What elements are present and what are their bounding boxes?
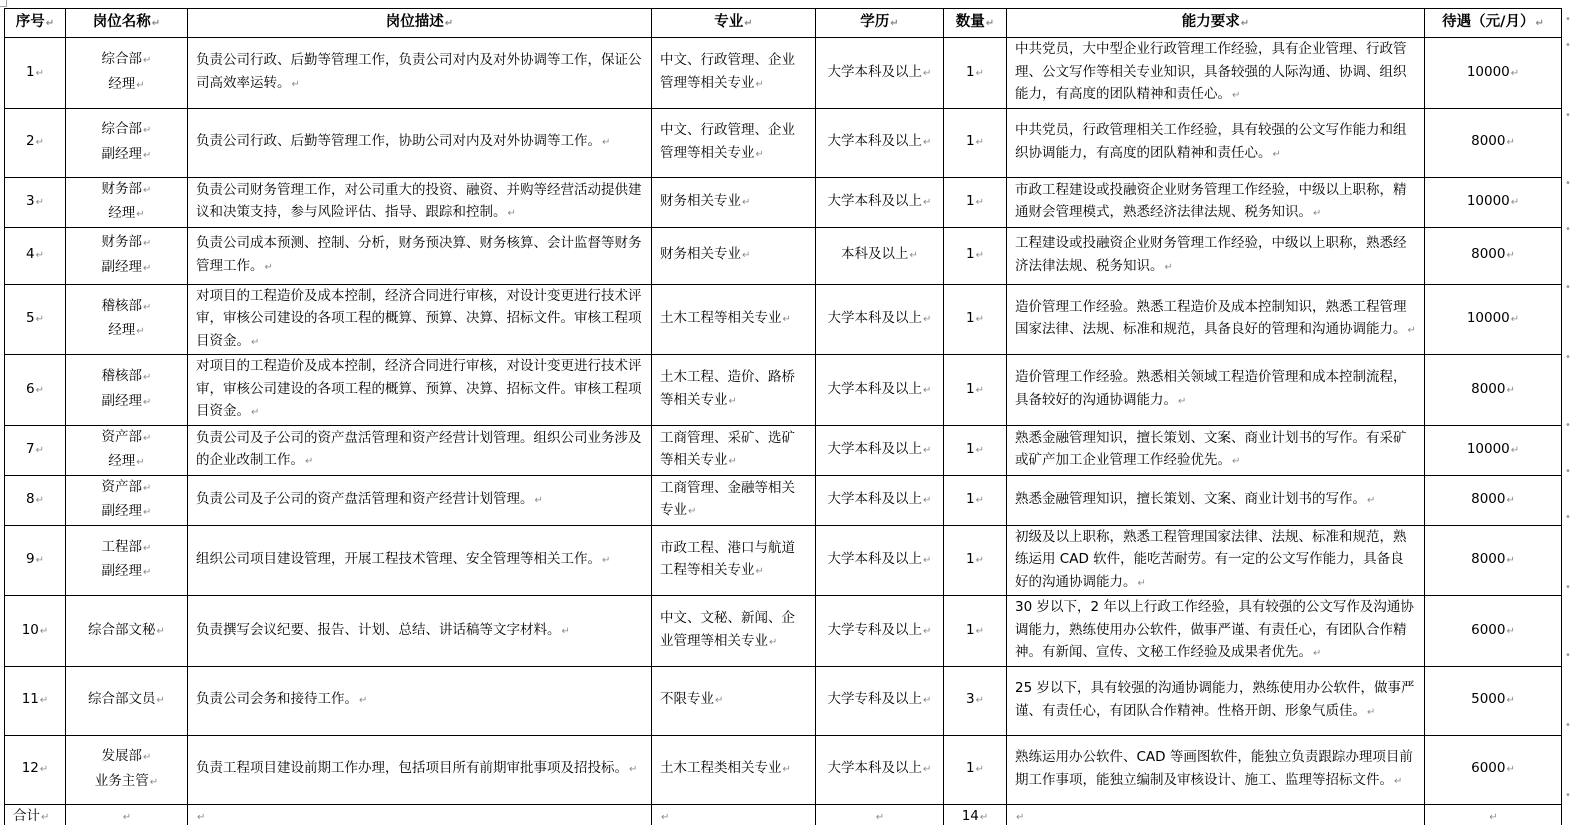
cell-title: 综合部↵经理↵ xyxy=(66,38,188,109)
cell-title: 发展部↵业务主管↵ xyxy=(66,735,188,804)
cell-education: 大学专科及以上↵ xyxy=(816,666,944,735)
cell-no: 10↵ xyxy=(5,596,66,667)
table-row: 12↵ 发展部↵业务主管↵ 负责工程项目建设前期工作办理，包括项目所有前期审批事… xyxy=(5,735,1562,804)
cell-no: 3↵ xyxy=(5,177,66,227)
cell-major: 中文、文秘、新闻、企业管理等相关专业↵ xyxy=(652,596,816,667)
row-end-mark: • xyxy=(1565,466,1571,477)
cell-education: 大学专科及以上↵ xyxy=(816,596,944,667)
cell-major: 工商管理、采矿、选矿等相关专业↵ xyxy=(652,425,816,475)
header-title: 岗位名称↵ xyxy=(66,9,188,38)
cell-no: 11↵ xyxy=(5,666,66,735)
cell-education: 大学本科及以上↵ xyxy=(816,108,944,177)
cell-description: 负责公司行政、后勤等管理工作，协助公司对内及对外协调等工作。↵ xyxy=(188,108,652,177)
row-end-mark: • xyxy=(1565,110,1571,121)
cell-education: 大学本科及以上↵ xyxy=(816,735,944,804)
cell-count: 1↵ xyxy=(944,425,1007,475)
cell-no: 1↵ xyxy=(5,38,66,109)
cell-salary: 8000↵ xyxy=(1425,108,1562,177)
cell-requirements: 熟练运用办公软件、CAD 等画图软件，能独立负责跟踪办理项目前期工作事项，能独立… xyxy=(1007,735,1425,804)
cell-salary: 10000↵ xyxy=(1425,425,1562,475)
cell-title: 稽核部↵经理↵ xyxy=(66,284,188,355)
cell-count: 3↵ xyxy=(944,666,1007,735)
cell-salary: 8000↵ xyxy=(1425,227,1562,284)
row-end-mark: • xyxy=(1565,178,1571,189)
cell-requirements: 中共党员，大中型企业行政管理工作经验，具有企业管理、行政管理、公文写作等相关专业… xyxy=(1007,38,1425,109)
row-end-mark: • xyxy=(1565,352,1571,363)
cell-count: 1↵ xyxy=(944,227,1007,284)
cell-count: 1↵ xyxy=(944,177,1007,227)
cell-title: 综合部文秘↵ xyxy=(66,596,188,667)
cell-title: 财务部↵经理↵ xyxy=(66,177,188,227)
cell-description: 对项目的工程造价及成本控制，经济合同进行审核，对设计变更进行技术评审，审核公司建… xyxy=(188,284,652,355)
table-row: 3↵ 财务部↵经理↵ 负责公司财务管理工作，对公司重大的投资、融资、并购等经营活… xyxy=(5,177,1562,227)
cell-education: 本科及以上↵ xyxy=(816,227,944,284)
total-requirements: ↵ xyxy=(1007,804,1425,825)
cell-no: 12↵ xyxy=(5,735,66,804)
table-row: 6↵ 稽核部↵副经理↵ 对项目的工程造价及成本控制，经济合同进行审核，对设计变更… xyxy=(5,355,1562,426)
page-corner-mark xyxy=(0,0,7,7)
row-end-mark: • xyxy=(1565,282,1571,293)
cell-major: 市政工程、港口与航道工程等相关专业↵ xyxy=(652,525,816,596)
cell-count: 1↵ xyxy=(944,355,1007,426)
header-description: 岗位描述↵ xyxy=(188,9,652,38)
cell-major: 财务相关专业↵ xyxy=(652,177,816,227)
cell-major: 土木工程类相关专业↵ xyxy=(652,735,816,804)
cell-requirements: 中共党员，行政管理相关工作经验，具有较强的公文写作能力和组织协调能力，有高度的团… xyxy=(1007,108,1425,177)
cell-salary: 10000↵ xyxy=(1425,38,1562,109)
header-no: 序号↵ xyxy=(5,9,66,38)
row-end-mark: • xyxy=(1565,14,1571,25)
total-title: ↵ xyxy=(66,804,188,825)
cell-title: 资产部↵副经理↵ xyxy=(66,475,188,525)
table-row: 9↵ 工程部↵副经理↵ 组织公司项目建设管理，开展工程技术管理、安全管理等相关工… xyxy=(5,525,1562,596)
total-count: 14↵ xyxy=(944,804,1007,825)
row-end-mark: • xyxy=(1565,224,1571,235)
cell-no: 5↵ xyxy=(5,284,66,355)
total-description: ↵ xyxy=(188,804,652,825)
row-end-mark: • xyxy=(1565,582,1571,593)
cell-salary: 10000↵ xyxy=(1425,284,1562,355)
cell-salary: 8000↵ xyxy=(1425,355,1562,426)
header-education: 学历↵ xyxy=(816,9,944,38)
cell-no: 6↵ xyxy=(5,355,66,426)
cell-requirements: 30 岁以下，2 年以上行政工作经验，具有较强的公文写作及沟通协调能力，熟练使用… xyxy=(1007,596,1425,667)
cell-major: 中文、行政管理、企业管理等相关专业↵ xyxy=(652,108,816,177)
cell-count: 1↵ xyxy=(944,284,1007,355)
cell-description: 负责公司行政、后勤等管理工作，负责公司对内及对外协调等工作，保证公司高效率运转。… xyxy=(188,38,652,109)
cell-requirements: 熟悉金融管理知识，擅长策划、文案、商业计划书的写作。有采矿或矿产加工企业管理工作… xyxy=(1007,425,1425,475)
cell-title: 资产部↵经理↵ xyxy=(66,425,188,475)
row-end-mark: • xyxy=(1565,512,1571,523)
total-salary: ↵ xyxy=(1425,804,1562,825)
header-requirements: 能力要求↵ xyxy=(1007,9,1425,38)
cell-salary: 8000↵ xyxy=(1425,475,1562,525)
cell-description: 负责撰写会议纪要、报告、计划、总结、讲话稿等文字材料。↵ xyxy=(188,596,652,667)
cell-description: 负责公司财务管理工作，对公司重大的投资、融资、并购等经营活动提供建议和决策支持，… xyxy=(188,177,652,227)
cell-education: 大学本科及以上↵ xyxy=(816,177,944,227)
cell-requirements: 25 岁以下，具有较强的沟通协调能力，熟练使用办公软件，做事严谨、有责任心，有团… xyxy=(1007,666,1425,735)
cell-requirements: 造价管理工作经验。熟悉相关领域工程造价管理和成本控制流程，具备较好的沟通协调能力… xyxy=(1007,355,1425,426)
header-major: 专业↵ xyxy=(652,9,816,38)
cell-count: 1↵ xyxy=(944,525,1007,596)
cell-title: 工程部↵副经理↵ xyxy=(66,525,188,596)
cell-major: 中文、行政管理、企业管理等相关专业↵ xyxy=(652,38,816,109)
cell-no: 8↵ xyxy=(5,475,66,525)
cell-requirements: 初级及以上职称，熟悉工程管理国家法律、法规、标准和规范，熟练运用 CAD 软件，… xyxy=(1007,525,1425,596)
header-count: 数量↵ xyxy=(944,9,1007,38)
cell-no: 4↵ xyxy=(5,227,66,284)
cell-description: 负责公司及子公司的资产盘活管理和资产经营计划管理。↵ xyxy=(188,475,652,525)
cell-count: 1↵ xyxy=(944,475,1007,525)
cell-major: 财务相关专业↵ xyxy=(652,227,816,284)
cell-title: 财务部↵副经理↵ xyxy=(66,227,188,284)
total-label: 合计↵ xyxy=(5,804,66,825)
cell-count: 1↵ xyxy=(944,735,1007,804)
table-row: 8↵ 资产部↵副经理↵ 负责公司及子公司的资产盘活管理和资产经营计划管理。↵ 工… xyxy=(5,475,1562,525)
total-major: ↵ xyxy=(652,804,816,825)
cell-major: 土木工程、造价、路桥等相关专业↵ xyxy=(652,355,816,426)
header-row: 序号↵ 岗位名称↵ 岗位描述↵ 专业↵ 学历↵ 数量↵ 能力要求↵ 待遇（元/月… xyxy=(5,9,1562,38)
total-row: 合计↵↵↵↵↵14↵↵↵ xyxy=(5,804,1562,825)
job-positions-table: 序号↵ 岗位名称↵ 岗位描述↵ 专业↵ 学历↵ 数量↵ 能力要求↵ 待遇（元/月… xyxy=(4,8,1562,825)
table-row: 1↵ 综合部↵经理↵ 负责公司行政、后勤等管理工作，负责公司对内及对外协调等工作… xyxy=(5,38,1562,109)
cell-description: 负责工程项目建设前期工作办理，包括项目所有前期审批事项及招投标。↵ xyxy=(188,735,652,804)
row-end-mark: • xyxy=(1565,40,1571,51)
cell-no: 9↵ xyxy=(5,525,66,596)
cell-education: 大学本科及以上↵ xyxy=(816,525,944,596)
cell-education: 大学本科及以上↵ xyxy=(816,425,944,475)
row-end-mark: • xyxy=(1565,650,1571,661)
table-row: 2↵ 综合部↵副经理↵ 负责公司行政、后勤等管理工作，协助公司对内及对外协调等工… xyxy=(5,108,1562,177)
cell-title: 综合部文员↵ xyxy=(66,666,188,735)
cell-salary: 8000↵ xyxy=(1425,525,1562,596)
cell-count: 1↵ xyxy=(944,596,1007,667)
cell-no: 2↵ xyxy=(5,108,66,177)
row-end-mark: • xyxy=(1565,420,1571,431)
cell-salary: 10000↵ xyxy=(1425,177,1562,227)
cell-major: 土木工程等相关专业↵ xyxy=(652,284,816,355)
cell-count: 1↵ xyxy=(944,38,1007,109)
cell-education: 大学本科及以上↵ xyxy=(816,38,944,109)
table-row: 4↵ 财务部↵副经理↵ 负责公司成本预测、控制、分析，财务预决算、财务核算、会计… xyxy=(5,227,1562,284)
table-row: 10↵ 综合部文秘↵ 负责撰写会议纪要、报告、计划、总结、讲话稿等文字材料。↵ … xyxy=(5,596,1562,667)
cell-requirements: 熟悉金融管理知识，擅长策划、文案、商业计划书的写作。↵ xyxy=(1007,475,1425,525)
total-education: ↵ xyxy=(816,804,944,825)
table-row: 7↵ 资产部↵经理↵ 负责公司及子公司的资产盘活管理和资产经营计划管理。组织公司… xyxy=(5,425,1562,475)
cell-description: 负责公司及子公司的资产盘活管理和资产经营计划管理。组织公司业务涉及的企业改制工作… xyxy=(188,425,652,475)
cell-major: 不限专业↵ xyxy=(652,666,816,735)
cell-salary: 6000↵ xyxy=(1425,735,1562,804)
cell-education: 大学本科及以上↵ xyxy=(816,284,944,355)
cell-title: 综合部↵副经理↵ xyxy=(66,108,188,177)
cell-major: 工商管理、金融等相关专业↵ xyxy=(652,475,816,525)
row-end-mark: • xyxy=(1565,720,1571,731)
cell-no: 7↵ xyxy=(5,425,66,475)
cell-education: 大学本科及以上↵ xyxy=(816,355,944,426)
cell-education: 大学本科及以上↵ xyxy=(816,475,944,525)
cell-description: 负责公司成本预测、控制、分析，财务预决算、财务核算、会计监督等财务管理工作。↵ xyxy=(188,227,652,284)
cell-salary: 5000↵ xyxy=(1425,666,1562,735)
cell-requirements: 工程建设或投融资企业财务管理工作经验，中级以上职称，熟悉经济法律法规、税务知识。… xyxy=(1007,227,1425,284)
row-end-mark: • xyxy=(1565,790,1571,801)
table-row: 11↵ 综合部文员↵ 负责公司会务和接待工作。↵ 不限专业↵ 大学专科及以上↵ … xyxy=(5,666,1562,735)
cell-salary: 6000↵ xyxy=(1425,596,1562,667)
table-row: 5↵ 稽核部↵经理↵ 对项目的工程造价及成本控制，经济合同进行审核，对设计变更进… xyxy=(5,284,1562,355)
cell-description: 组织公司项目建设管理，开展工程技术管理、安全管理等相关工作。↵ xyxy=(188,525,652,596)
cell-title: 稽核部↵副经理↵ xyxy=(66,355,188,426)
cell-count: 1↵ xyxy=(944,108,1007,177)
cell-requirements: 市政工程建设或投融资企业财务管理工作经验，中级以上职称，精通财会管理模式，熟悉经… xyxy=(1007,177,1425,227)
cell-requirements: 造价管理工作经验。熟悉工程造价及成本控制知识，熟悉工程管理国家法律、法规、标准和… xyxy=(1007,284,1425,355)
header-salary: 待遇（元/月）↵ xyxy=(1425,9,1562,38)
cell-description: 对项目的工程造价及成本控制，经济合同进行审核，对设计变更进行技术评审，审核公司建… xyxy=(188,355,652,426)
cell-description: 负责公司会务和接待工作。↵ xyxy=(188,666,652,735)
